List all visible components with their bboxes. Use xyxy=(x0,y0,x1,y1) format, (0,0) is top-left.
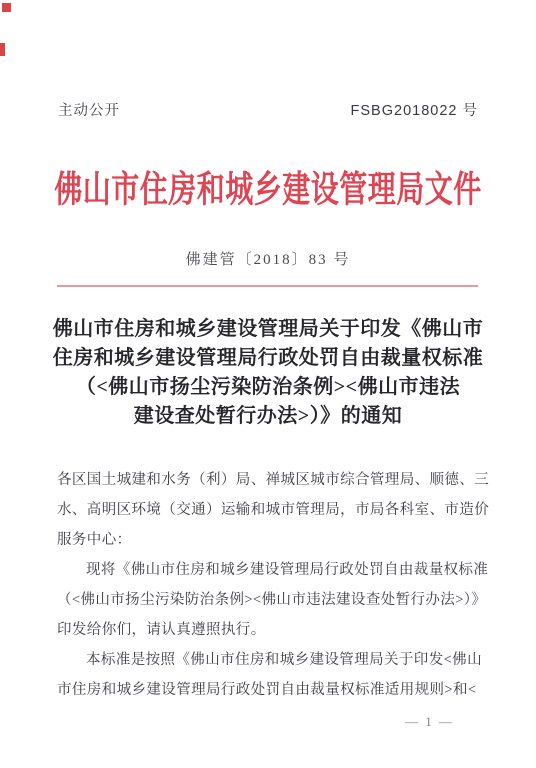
document-number: 佛建管〔2018〕83 号 xyxy=(0,248,536,269)
body-line: 现将《佛山市住房和城乡建设管理局行政处罚自由裁量权标准 xyxy=(57,555,478,585)
scan-artifact-mark xyxy=(2,3,11,12)
document-header: 主动公开 FSBG2018022 号 xyxy=(58,0,478,120)
body-paragraph-recipients: 各区国土城建和水务（利）局、禅城区城市综合管理局、顺德、三 水、高明区环境（交通… xyxy=(57,465,478,555)
document-title-line: 佛山市住房和城乡建设管理局关于印发《佛山市 xyxy=(0,315,536,344)
document-page: 主动公开 FSBG2018022 号 佛山市住房和城乡建设管理局文件 佛建管〔2… xyxy=(0,0,536,768)
reference-code: FSBG2018022 号 xyxy=(351,99,478,120)
body-line: 水、高明区环境（交通）运输和城市管理局，市局各科室、市造价 xyxy=(57,495,478,525)
page-number: — 1 — xyxy=(405,714,454,730)
agency-banner-title: 佛山市住房和城乡建设管理局文件 xyxy=(54,161,482,221)
red-divider-rule xyxy=(57,285,478,287)
scan-artifact-mark xyxy=(0,43,5,56)
body-line: 服务中心： xyxy=(57,525,478,555)
body-paragraph-issuance: 现将《佛山市住房和城乡建设管理局行政处罚自由裁量权标准 （<佛山市扬尘污染防治条… xyxy=(57,555,478,645)
body-paragraph-basis: 本标准是按照《佛山市住房和城乡建设管理局关于印发<佛山 市住房和城乡建设管理局行… xyxy=(57,645,478,705)
agency-banner: 佛山市住房和城乡建设管理局文件 xyxy=(0,168,536,214)
document-title-line: 建设查处暂行办法>）》的通知 xyxy=(0,402,536,431)
document-title-line: 住房和城乡建设管理局行政处罚自由裁量权标准 xyxy=(0,344,536,373)
body-line: 市住房和城乡建设管理局行政处罚自由裁量权标准适用规则>和< xyxy=(57,675,478,705)
disclosure-label: 主动公开 xyxy=(58,99,120,120)
document-title-line: （<佛山市扬尘污染防治条例><佛山市违法 xyxy=(0,373,536,402)
document-title: 佛山市住房和城乡建设管理局关于印发《佛山市 住房和城乡建设管理局行政处罚自由裁量… xyxy=(0,315,536,431)
body-line: （<佛山市扬尘污染防治条例><佛山市违法建设查处暂行办法>）》 xyxy=(57,585,478,615)
document-body: 各区国土城建和水务（利）局、禅城区城市综合管理局、顺德、三 水、高明区环境（交通… xyxy=(57,465,478,705)
body-line: 本标准是按照《佛山市住房和城乡建设管理局关于印发<佛山 xyxy=(57,645,478,675)
body-line: 印发给你们，请认真遵照执行。 xyxy=(57,615,478,645)
body-line: 各区国土城建和水务（利）局、禅城区城市综合管理局、顺德、三 xyxy=(57,465,478,495)
